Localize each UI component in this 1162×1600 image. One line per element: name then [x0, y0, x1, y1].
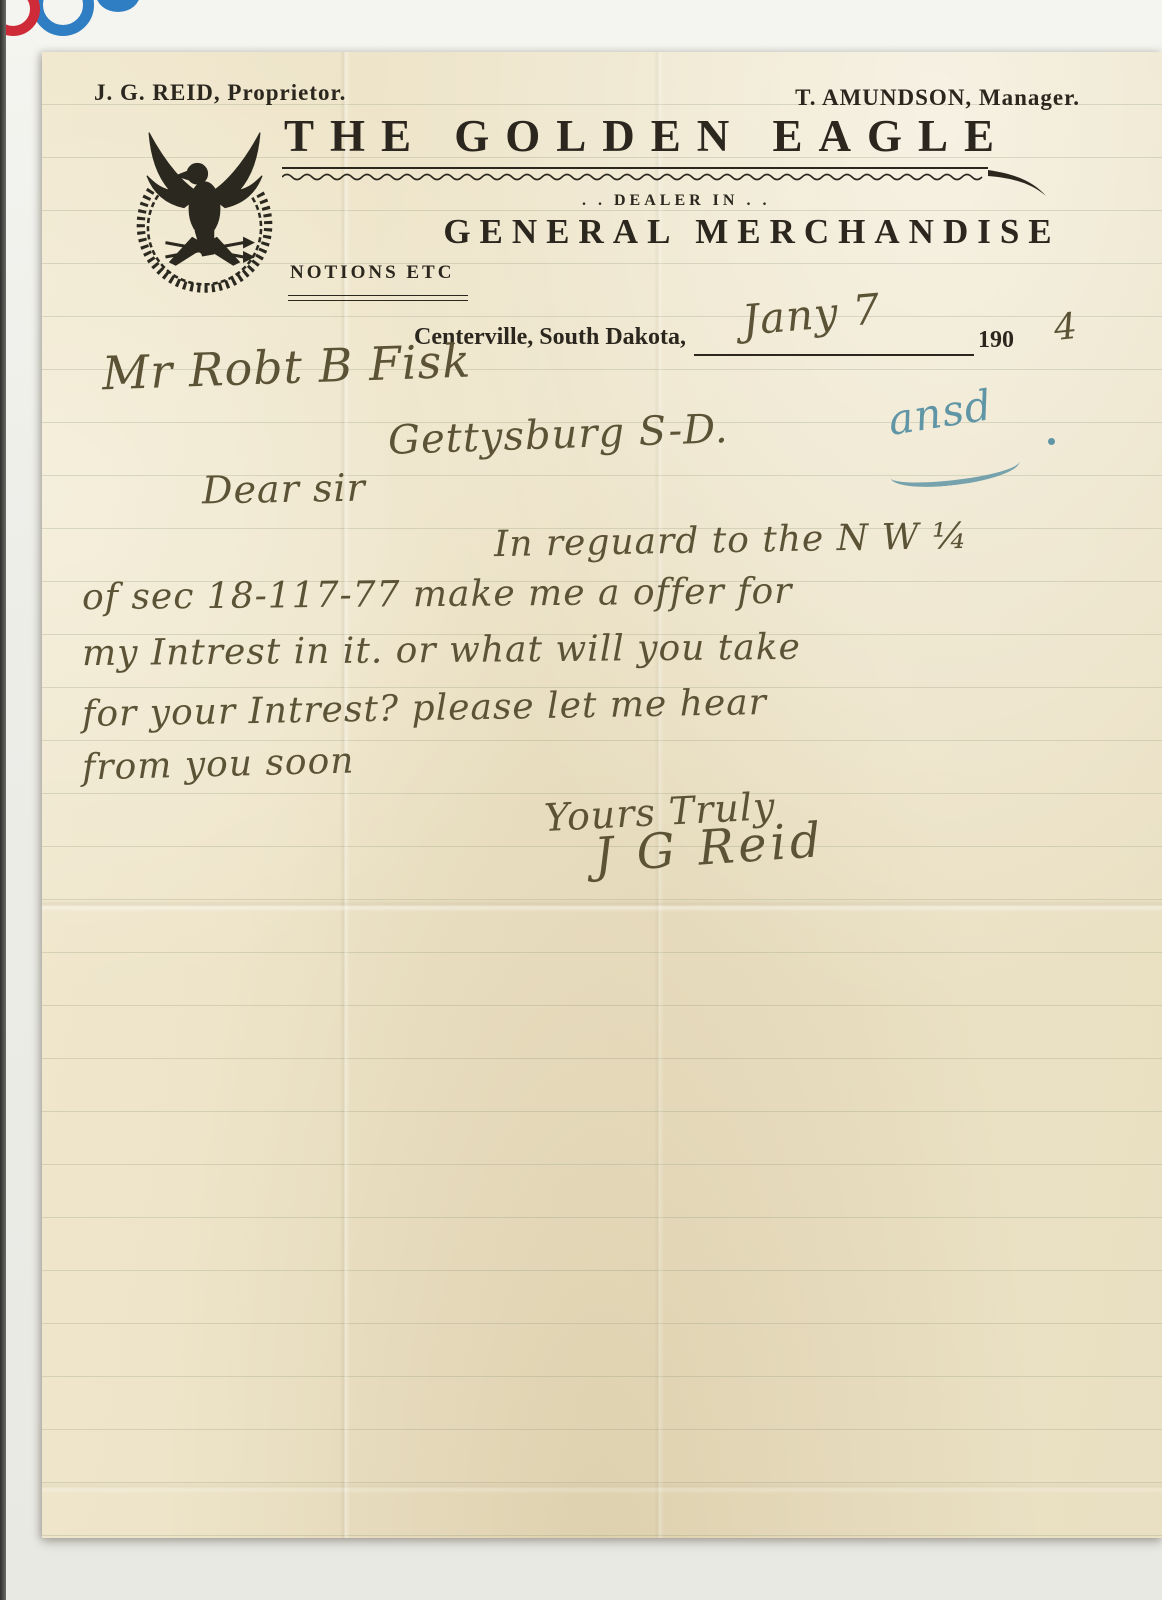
manager-line: T. AMUNDSON, Manager. [795, 85, 1080, 111]
handwritten-year-digit: 4 [1052, 306, 1080, 349]
date-blank-line [694, 353, 974, 356]
salutation: Dear sir [202, 466, 366, 513]
proprietor-line: J. G. REID, Proprietor. [94, 80, 346, 106]
year-printed: 190 [978, 327, 1014, 354]
notions-line: NOTIONS ETC [290, 262, 454, 284]
blue-pencil-period [1048, 438, 1055, 445]
company-name: THE GOLDEN EAGLE [252, 110, 1042, 162]
dealer-in-line: . . DEALER IN . . [582, 192, 770, 210]
body-line-5: from you soon [82, 740, 355, 788]
business-line: GENERAL MERCHANDISE [402, 212, 1102, 252]
fold-crease-horizontal [42, 900, 1162, 912]
body-line-3: my Intrest in it. or what will you take [82, 627, 801, 674]
blue-pencil-notation: ansd [885, 380, 996, 445]
fold-crease-horizontal [42, 1482, 1162, 1494]
backdrop-shading [0, 0, 46, 1600]
blue-pencil-swash [889, 447, 1022, 491]
notions-underline [288, 295, 468, 301]
scan-edge-shadow [0, 0, 6, 1600]
recipient-name: Mr Robt B Fisk [101, 334, 472, 401]
body-line-2: of sec 18-117-77 make me a offer for [82, 571, 793, 618]
handwritten-date: Jany 7 [740, 284, 882, 345]
cropped-blue-print-mark-icon [96, 0, 140, 12]
recipient-address: Gettysburg S-D. [387, 406, 729, 464]
scan-backdrop: J. G. REID, Proprietor. T. AMUNDSON, Man… [0, 0, 1162, 1600]
body-line-4: for your Intrest? please let me hear [82, 682, 768, 735]
body-line-1: In reguard to the N W ¼ [494, 516, 969, 565]
letter-sheet: J. G. REID, Proprietor. T. AMUNDSON, Man… [42, 52, 1162, 1538]
